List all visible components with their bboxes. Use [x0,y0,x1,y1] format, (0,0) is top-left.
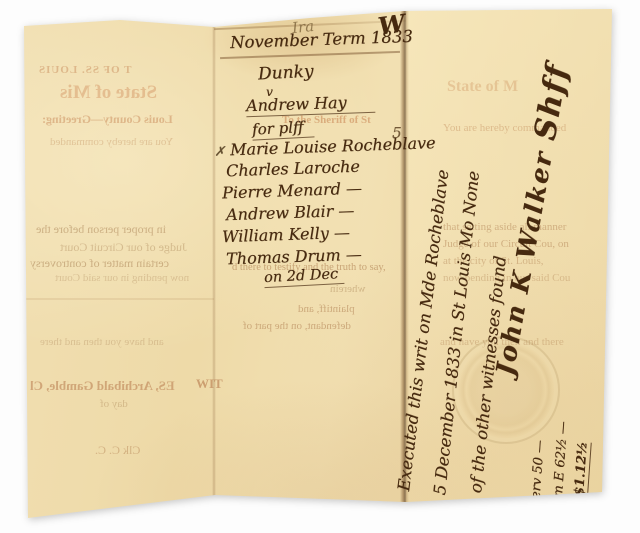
bleedthrough-line: wherein [330,283,365,295]
bleedthrough-line: You are hereby commanded [50,136,173,148]
document-paper-wrap: T OF SS. LOUIS State of Mis Louis County… [0,0,640,533]
bleedthrough-line: State of Mis [60,82,157,104]
horizontal-crease [26,298,214,300]
bleedthrough-line: in proper person before the [36,222,166,237]
bleedthrough-line: defendant, on the part of [243,320,351,332]
fee-line: Serv 50 — [528,440,548,509]
docket-rule-line [220,51,400,59]
witness-name: Pierre Menard — [222,179,362,203]
fee-notations-block: Serv 50 — 5 m E 62½ — $1.12½ [528,370,602,510]
bleedthrough-line: day of [100,398,128,410]
scan-background: T OF SS. LOUIS State of Mis Louis County… [0,0,640,533]
attorney-note: for plff [252,117,314,138]
fee-total: $1.12½ [572,441,592,496]
bleedthrough-line: WIT [196,376,223,392]
sheriffs-return-block: Executed this writ on Mde Rocheblave 5 D… [390,15,550,495]
witness-name: Andrew Blair — [226,201,355,224]
bleedthrough-line: Clk C. C. [95,443,140,458]
case-plaintiff: Dunky [258,62,314,85]
bleedthrough-line: T OF SS. LOUIS [38,64,131,76]
bleedthrough-line: now pending in our said Court [55,272,189,284]
bleedthrough-line: ES, Archibald Gamble, Cl [30,378,175,394]
witness-name: William Kelly — [222,223,350,246]
document-paper: T OF SS. LOUIS State of Mis Louis County… [0,0,640,533]
crease-line [212,24,216,496]
witness-check-mark: ✗ [214,144,225,159]
witness-name: Charles Laroche [226,157,360,181]
return-day-note: on 2d Dec [264,266,345,286]
bleedthrough-line: certain matter of controversy [30,256,169,271]
fee-line: 5 m E 62½ — [550,421,571,511]
bleedthrough-line: and have you then and there [40,336,164,348]
bleedthrough-line: Judge of our Circuit Court [60,240,187,255]
bleedthrough-line: Louis County—Greeting: [42,112,173,127]
case-defendant: Andrew Hay [246,92,375,115]
bleedthrough-line: plaintiff, and [298,303,355,315]
